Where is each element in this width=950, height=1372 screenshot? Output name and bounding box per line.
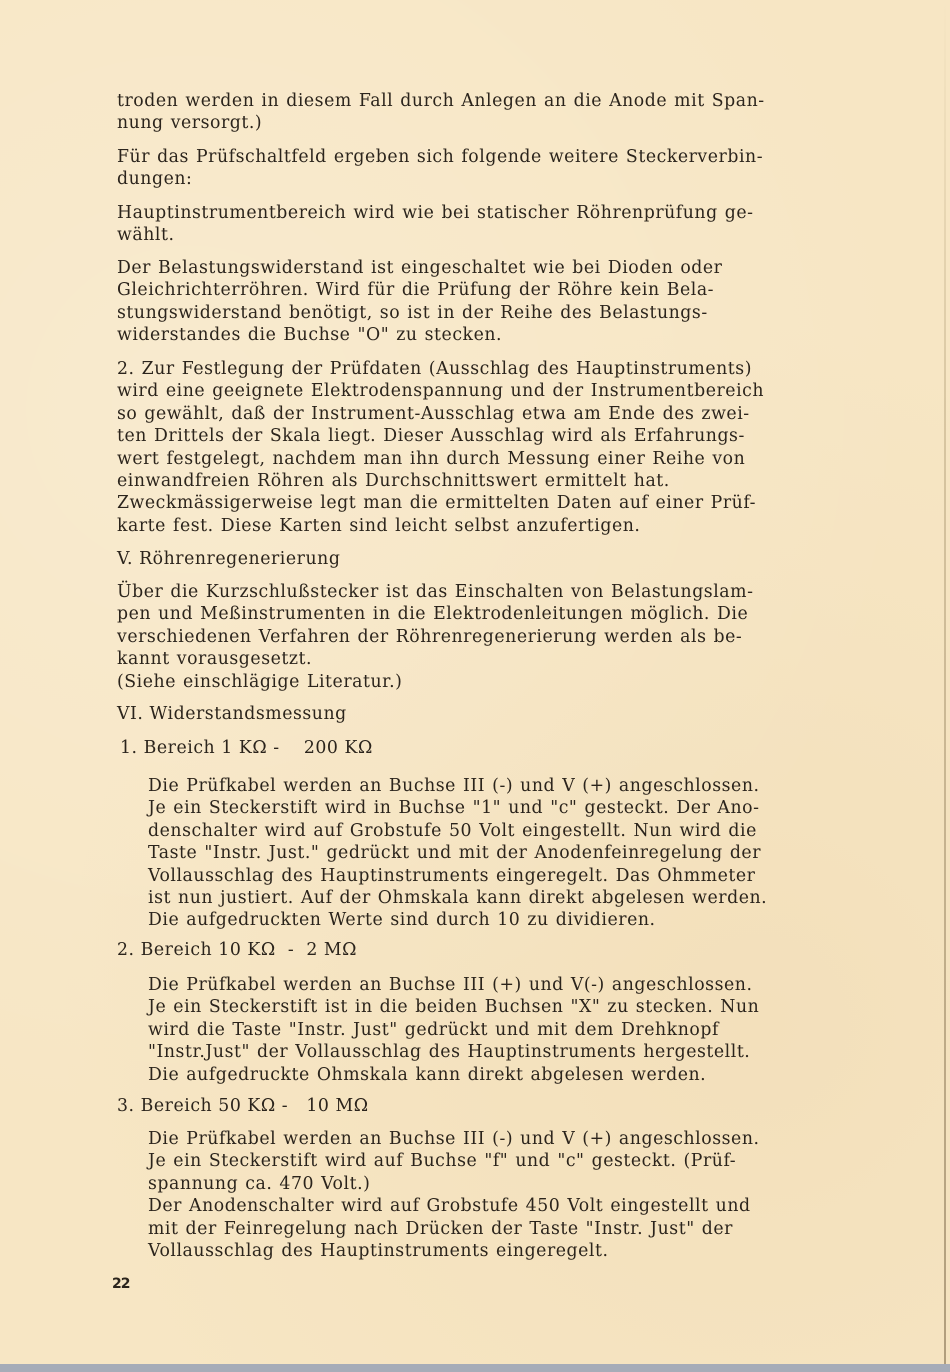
text-line: Über die Kurzschlußstecker ist das Einsc… xyxy=(117,581,753,603)
text-line: einwandfreien Röhren als Durchschnittswe… xyxy=(117,470,764,492)
text-line: Der Anodenschalter wird auf Grobstufe 45… xyxy=(148,1195,760,1217)
text-line: mit der Feinregelung nach Drücken der Ta… xyxy=(148,1218,760,1240)
document-page: troden werden in diesem Fall durch Anleg… xyxy=(0,0,950,1364)
text-line: Vollausschlag des Hauptinstruments einge… xyxy=(148,865,767,887)
text-line: Die Prüfkabel werden an Buchse III (-) u… xyxy=(148,775,767,797)
text-line: Gleichrichterröhren. Wird für die Prüfun… xyxy=(117,279,723,301)
range-number: 1. xyxy=(120,738,138,758)
text-line: denschalter wird auf Grobstufe 50 Volt e… xyxy=(148,820,767,842)
text-line: Zweckmässigerweise legt man die ermittel… xyxy=(117,492,764,514)
text-line: Taste "Instr. Just." gedrückt und mit de… xyxy=(148,842,767,864)
text-line: Vollausschlag des Hauptinstruments einge… xyxy=(148,1240,760,1262)
paragraph-range-1: Die Prüfkabel werden an Buchse III (-) u… xyxy=(148,775,767,932)
text-line: Je ein Steckerstift ist in die beiden Bu… xyxy=(148,996,759,1018)
paragraph-steckerverbindungen: Für das Prüfschaltfeld ergeben sich folg… xyxy=(117,146,763,191)
range-heading-2: 2. Bereich 10 KΩ - 2 MΩ xyxy=(117,940,357,960)
text-line: (Siehe einschlägige Literatur.) xyxy=(117,671,753,693)
text-line: karte fest. Diese Karten sind leicht sel… xyxy=(117,515,764,537)
text-line: Für das Prüfschaltfeld ergeben sich folg… xyxy=(117,146,763,168)
page-number: 22 xyxy=(112,1276,129,1292)
text-line: ten Drittels der Skala liegt. Dieser Aus… xyxy=(117,425,764,447)
text-line: pen und Meßinstrumenten in die Elektrode… xyxy=(117,603,753,625)
range-number: 2. xyxy=(117,940,135,960)
text-line: ist nun justiert. Auf der Ohmskala kann … xyxy=(148,887,767,909)
text-line: so gewählt, daß der Instrument-Ausschlag… xyxy=(117,403,764,425)
text-line: nung versorgt.) xyxy=(117,112,765,134)
text-line: Die aufgedruckte Ohmskala kann direkt ab… xyxy=(148,1064,759,1086)
section-heading-widerstandsmessung: VI. Widerstandsmessung xyxy=(117,704,347,724)
text-line: Die aufgedruckten Werte sind durch 10 zu… xyxy=(148,909,767,931)
text-line: Hauptinstrumentbereich wird wie bei stat… xyxy=(117,202,754,224)
range-heading-3: 3. Bereich 50 KΩ - 10 MΩ xyxy=(117,1096,369,1116)
text-line: Je ein Steckerstift wird in Buchse "1" u… xyxy=(148,797,767,819)
text-line: wird eine geeignete Elektrodenspannung u… xyxy=(117,380,764,402)
text-line: wert festgelegt, nachdem man ihn durch M… xyxy=(117,448,764,470)
text-line: widerstandes die Buchse "O" zu stecken. xyxy=(117,324,723,346)
range-label: Bereich 50 KΩ - 10 MΩ xyxy=(141,1096,369,1116)
text-line: Die Prüfkabel werden an Buchse III (+) u… xyxy=(148,974,759,996)
text-line: Je ein Steckerstift wird auf Buchse "f" … xyxy=(148,1150,760,1172)
paragraph-range-3: Die Prüfkabel werden an Buchse III (-) u… xyxy=(148,1128,760,1262)
range-heading-1: 1. Bereich 1 KΩ - 200 KΩ xyxy=(120,738,373,758)
range-label: Bereich 1 KΩ - 200 KΩ xyxy=(144,738,373,758)
text-line: troden werden in diesem Fall durch Anleg… xyxy=(117,90,765,112)
paragraph-range-2: Die Prüfkabel werden an Buchse III (+) u… xyxy=(148,974,759,1086)
page-edge-shadow xyxy=(944,0,946,1364)
text-line: wählt. xyxy=(117,224,754,246)
text-line: 2. Zur Festlegung der Prüfdaten (Ausschl… xyxy=(117,358,764,380)
text-line: verschiedenen Verfahren der Röhrenregene… xyxy=(117,626,753,648)
paragraph-hauptinstrumentbereich: Hauptinstrumentbereich wird wie bei stat… xyxy=(117,202,754,247)
range-number: 3. xyxy=(117,1096,135,1116)
paragraph-pruefdaten: 2. Zur Festlegung der Prüfdaten (Ausschl… xyxy=(117,358,764,537)
paragraph-continuation: troden werden in diesem Fall durch Anleg… xyxy=(117,90,765,135)
text-line: stungswiderstand benötigt, so ist in der… xyxy=(117,302,723,324)
paragraph-roehrenregenerierung: Über die Kurzschlußstecker ist das Einsc… xyxy=(117,581,753,693)
text-line: Der Belastungswiderstand ist eingeschalt… xyxy=(117,257,723,279)
text-line: dungen: xyxy=(117,168,763,190)
range-label: Bereich 10 KΩ - 2 MΩ xyxy=(141,940,357,960)
text-line: kannt vorausgesetzt. xyxy=(117,648,753,670)
scanner-background-strip xyxy=(0,1364,950,1372)
section-heading-roehrenregenerierung: V. Röhrenregenerierung xyxy=(117,549,340,569)
text-line: spannung ca. 470 Volt.) xyxy=(148,1173,760,1195)
paragraph-belastungswiderstand: Der Belastungswiderstand ist eingeschalt… xyxy=(117,257,723,347)
text-line: wird die Taste "Instr. Just" gedrückt un… xyxy=(148,1019,759,1041)
text-line: Die Prüfkabel werden an Buchse III (-) u… xyxy=(148,1128,760,1150)
text-line: "Instr.Just" der Vollausschlag des Haupt… xyxy=(148,1041,759,1063)
